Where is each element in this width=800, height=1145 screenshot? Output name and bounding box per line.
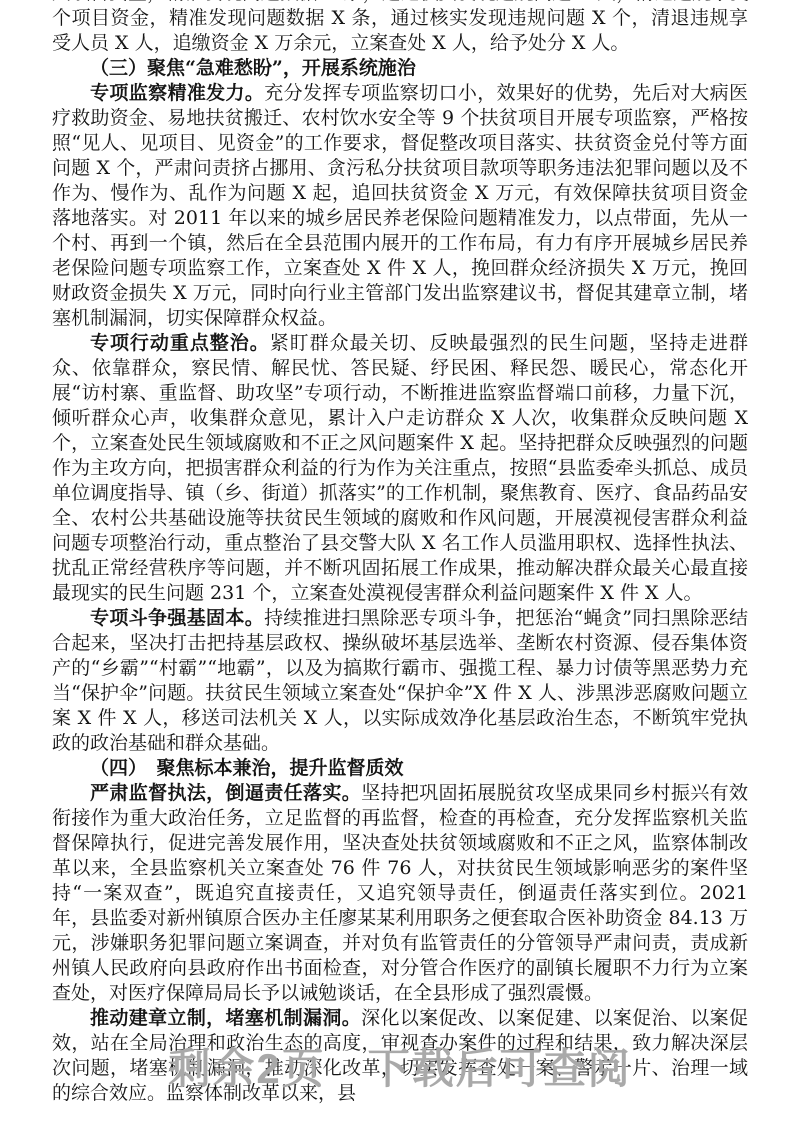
paragraph-special-supervision: 专项监察精准发力。充分发挥专项监察切口小，效果好的优势，先后对大病医疗救助资金、… — [52, 81, 748, 331]
paragraph-lead: 专项斗争强基固本。 — [90, 607, 264, 629]
continuation-paragraph: 个项目资金，精准发现问题数据 X 条，通过核实发现违规问题 X 个，清退违规享受… — [52, 6, 748, 56]
paragraph-text: 紧盯群众最关切、反映最强烈的民生问题，坚持走进群众、依靠群众，察民情、解民忧、答… — [52, 332, 748, 604]
document-page: 人项目资金，精准发现问题数据 X 条，通过核实发现违规问题 X 人，清退违规享受… — [0, 0, 800, 1145]
paragraph-lead: 专项监察精准发力。 — [90, 82, 264, 104]
paragraph-text: 充分发挥专项监察切口小，效果好的优势，先后对大病医疗救助资金、易地扶贫搬迁、农村… — [52, 82, 748, 329]
paragraph-special-struggle: 专项斗争强基固本。持续推进扫黑除恶专项斗争，把惩治“蝇贪”同扫黑除恶结合起来，坚… — [52, 606, 748, 756]
section-heading-3-text: （三）聚焦“急难愁盼”，开展系统施治 — [90, 57, 416, 79]
paragraph-strict-supervision: 严肃监督执法，倒逼责任落实。坚持把巩固拓展脱贫攻坚成果同乡村振兴有效衔接作为重大… — [52, 781, 748, 1006]
clipped-previous-line: 人项目资金，精准发现问题数据 X 条，通过核实发现违规问题 X 人，清退违规享受… — [52, 0, 748, 6]
remaining-pages-banner: 剩余2页下载后可查阅 — [0, 1045, 800, 1093]
paragraph-text: 持续推进扫黑除恶专项斗争，把惩治“蝇贪”同扫黑除恶结合起来，坚决打击把持基层政权… — [52, 607, 748, 754]
clipped-line-fragment: 人项目资金，精准发现问题数据 X 条，通过核实发现违规问题 X 人，清退违规享受… — [52, 0, 748, 6]
section-heading-4: （四） 聚焦标本兼治，提升监督质效 — [52, 756, 748, 781]
paragraph-lead: 推动建章立制，堵塞机制漏洞。 — [90, 1007, 361, 1029]
paragraph-lead: 严肃监督执法，倒逼责任落实。 — [90, 782, 361, 804]
document-content: 人项目资金，精准发现问题数据 X 条，通过核实发现违规问题 X 人，清退违规享受… — [52, 0, 748, 1106]
section-heading-3: （三）聚焦“急难愁盼”，开展系统施治 — [52, 56, 748, 81]
download-hint-label: 下载后可查阅 — [368, 1045, 632, 1092]
section-heading-4-text: （四） 聚焦标本兼治，提升监督质效 — [90, 757, 404, 779]
paragraph-text: 坚持把巩固拓展脱贫攻坚成果同乡村振兴有效衔接作为重大政治任务，立足监督的再监督，… — [52, 782, 748, 1004]
remaining-pages-label: 剩余2页 — [168, 1045, 325, 1092]
continuation-paragraph-text: 个项目资金，精准发现问题数据 X 条，通过核实发现违规问题 X 个，清退违规享受… — [52, 7, 748, 54]
paragraph-lead: 专项行动重点整治。 — [90, 332, 270, 354]
paragraph-special-action: 专项行动重点整治。紧盯群众最关切、反映最强烈的民生问题，坚持走进群众、依靠群众，… — [52, 331, 748, 606]
